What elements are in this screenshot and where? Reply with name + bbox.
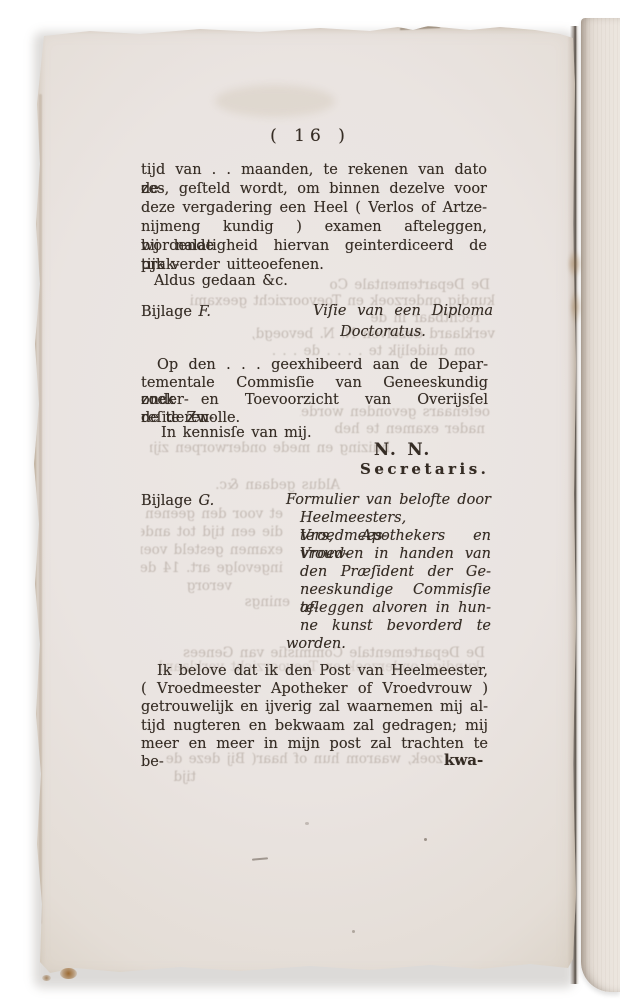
kennisse-line: In kennisſe van mij. — [161, 424, 312, 443]
page-number: ( 16 ) — [240, 127, 380, 146]
signature-name: N. N. — [374, 440, 431, 459]
bleedthrough-text: examen gesteld voerde — [141, 542, 283, 558]
bleedthrough-text: zoek, waarom hun of haar( Bij deze de — [148, 751, 443, 767]
bijlage-g-label: Bijlage G. — [141, 492, 214, 511]
heading-line: ne kunst bevorderd te — [286, 617, 491, 635]
text-line: Ik belove dat ik den Post van Heelmeeste… — [141, 662, 488, 680]
text-line: Op den . . . geexhibeerd aan de Depar- — [141, 357, 488, 375]
bijlage-word: Bijlage — [141, 493, 192, 509]
text-line: deze vergadering een Heel ( Verlos of Ar… — [141, 199, 487, 218]
paragraph-belofte: Ik belove dat ik den Post van Heelmeeste… — [141, 662, 488, 753]
bleedthrough-text: tijd — [150, 769, 196, 785]
text-line: tementale Commisſie van Geneeskundig ond… — [141, 375, 488, 393]
bleedthrough-text: ingevolge art. 14 der — [141, 560, 283, 576]
paragraph-op-den: Op den . . . geexhibeerd aan de Depar- t… — [141, 357, 488, 427]
top-edge-crack — [400, 26, 440, 30]
ink-speck — [352, 930, 355, 933]
text-line: meer en meer in mijn post zal trachten t… — [141, 735, 488, 753]
aldus-line: Aldus gedaan &c. — [154, 272, 288, 291]
text-line: getrouwelijk en ijverig zal waarnemen mi… — [141, 698, 488, 716]
catchword: kwa- — [444, 751, 483, 770]
heading-line: vrouwen in handen van — [286, 545, 491, 563]
bijlage-f-heading: Viſie van een Diploma Doctoratus. — [313, 301, 493, 343]
heading-line: Doctoratus. — [313, 322, 493, 343]
foxing-stain — [569, 250, 580, 278]
signature-title: Secretaris. — [360, 460, 489, 479]
heading-line: den Præſident der Ge- — [286, 563, 491, 581]
text-line: ( Vroedmeester Apotheker of Vroedvrouw ) — [141, 680, 488, 698]
text-line: bij nalatigheid hiervan geinterdiceerd d… — [141, 237, 487, 256]
bijlage-letter: G. — [199, 493, 215, 509]
ink-speck — [305, 822, 309, 825]
bijlage-f-label: Bijlage F. — [141, 303, 211, 322]
heading-line: Viſie van een Diploma — [313, 301, 493, 322]
foxing-spot — [42, 975, 51, 981]
next-page-edge — [581, 18, 620, 992]
text-line: tijd nugteren en bekwaam zal gedragen; m… — [141, 717, 488, 735]
book-scan: De Departementale Co kundig onderzoek en… — [0, 0, 620, 1000]
bleedthrough-text: enings — [228, 594, 290, 610]
text-line: tijd van . . maanden, te rekenen van dat… — [141, 161, 487, 180]
text-line: zoek en Toevoorzicht van Overijsſel reſi… — [141, 392, 488, 410]
heading-line: worden. — [286, 635, 491, 653]
heading-line: neeskundige Commisſie af- — [286, 581, 491, 599]
text-line: nijmeng kundig ) examen afteleggen, word… — [141, 218, 487, 237]
heading-line: ters, Apothekers en Vroed- — [286, 527, 491, 545]
bijlage-word: Bijlage — [141, 304, 192, 320]
text-line: zes, geſteld wordt, om binnen dezelve vo… — [141, 180, 487, 199]
heading-line: Heelmeesters, Vroedmees- — [286, 509, 491, 527]
paragraph-exam: tijd van . . maanden, te rekenen van dat… — [141, 161, 487, 275]
heading-line: Formulier van belofte door — [286, 491, 491, 509]
bleedthrough-text: De Departementale Co — [300, 277, 490, 293]
heading-line: teleggen alvoren in hun- — [286, 599, 491, 617]
bleedthrough-text: die een tijd tot ande — [141, 524, 283, 540]
bijlage-g-heading: Formulier van belofte door Heelmeesters,… — [286, 491, 491, 653]
bleedthrough-text: verorg — [162, 578, 232, 594]
foxing-stain — [571, 290, 580, 324]
bijlage-letter: F. — [199, 304, 211, 320]
paper-smudge — [215, 85, 335, 117]
ink-speck — [424, 838, 427, 841]
foxing-spot — [60, 968, 77, 979]
